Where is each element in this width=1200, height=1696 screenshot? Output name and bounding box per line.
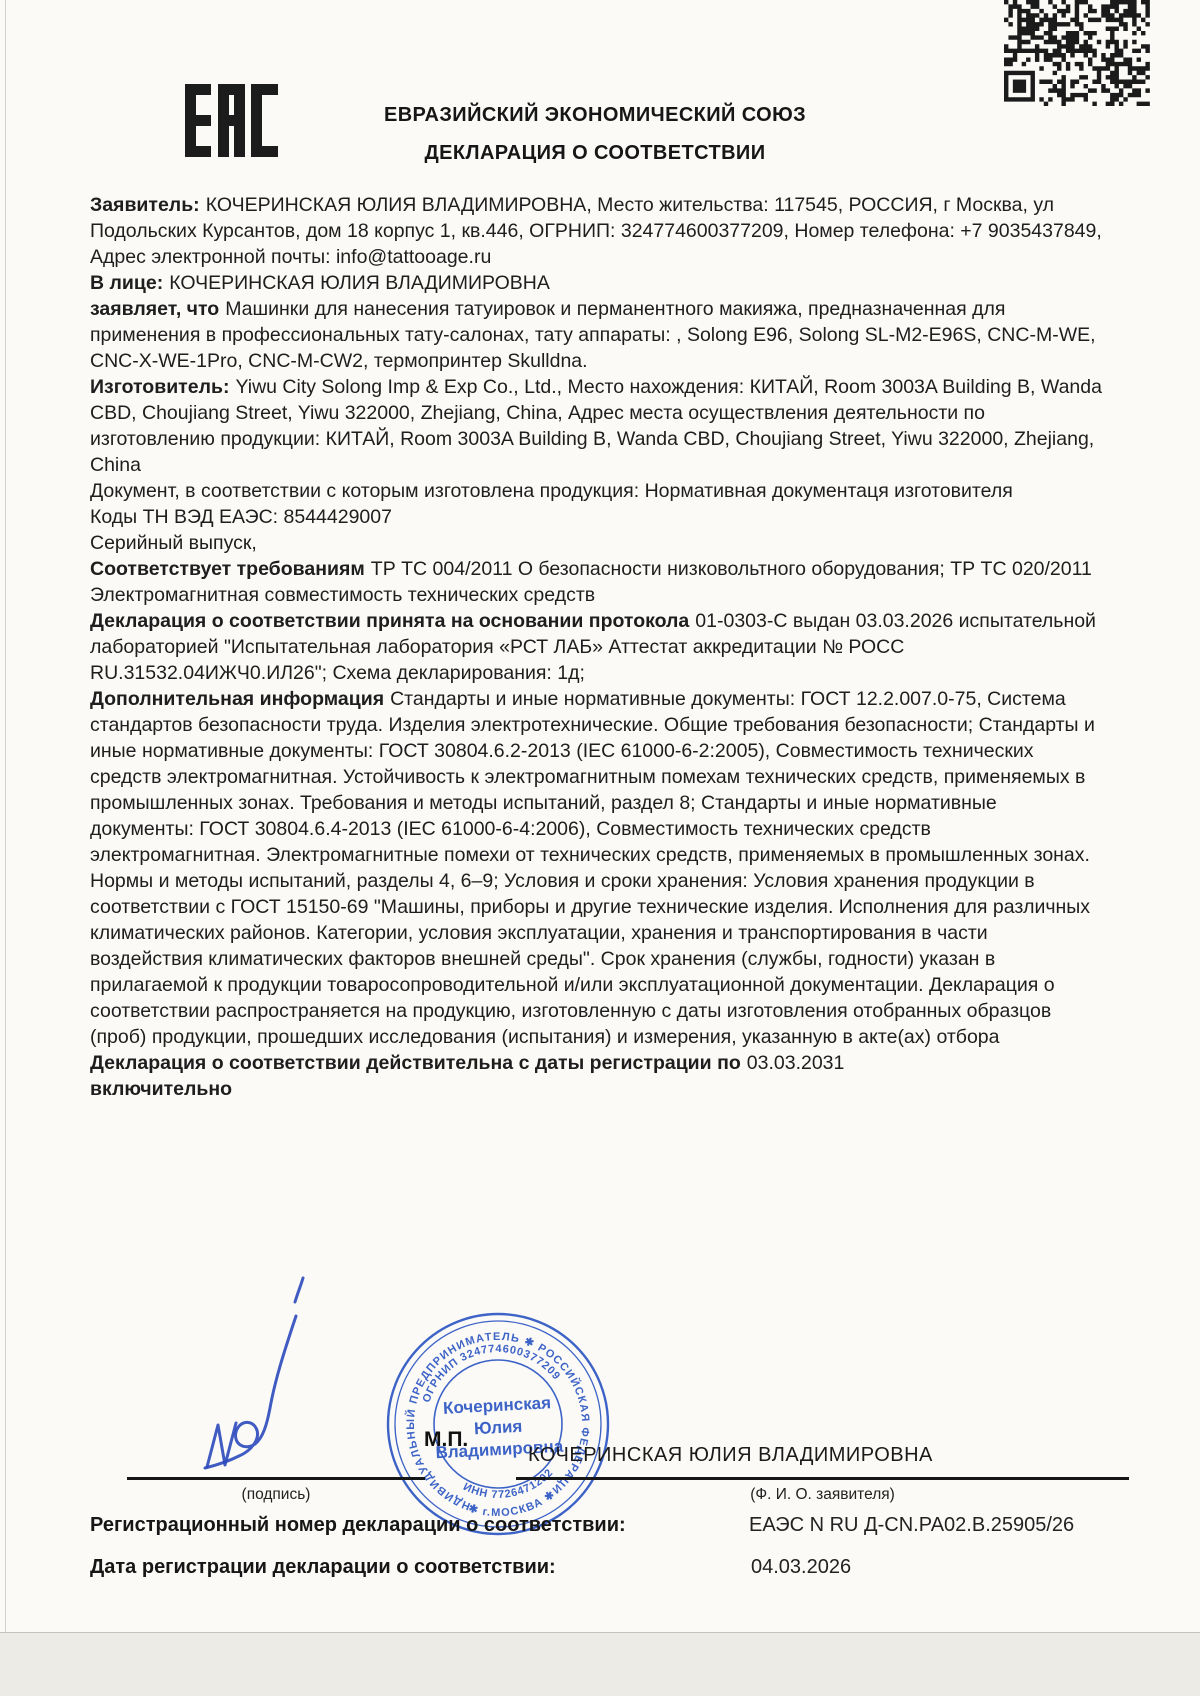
registration-number-value: ЕАЭС N RU Д-CN.РА02.В.25905/26 [749,1514,1074,1537]
paper-left-edge [5,0,6,1632]
validity-paragraph: Декларация о соответствии действительна … [90,1050,1105,1076]
validity-date: 03.03.2031 [747,1052,845,1074]
stamp-center-name-line1: Кочеринская [443,1393,552,1418]
manufacturer-paragraph: Изготовитель:Yiwu City Solong Imp & Exp … [90,374,1105,478]
validity-suffix: включительно [90,1076,1105,1102]
applicant-text: КОЧЕРИНСКАЯ ЮЛИЯ ВЛАДИМИРОВНА, Место жит… [90,194,1102,268]
stamp-center-name-line2: Юлия [474,1417,523,1439]
complies-paragraph: Соответствует требованиямТР ТС 004/2011 … [90,556,1105,608]
manufacturer-label: Изготовитель: [90,376,229,398]
signature-line [127,1477,425,1480]
additional-info-paragraph: Дополнительная информацияСтандарты и ины… [90,686,1105,1050]
scan-background [0,1632,1200,1696]
applicant-paragraph: Заявитель:КОЧЕРИНСКАЯ ЮЛИЯ ВЛАДИМИРОВНА,… [90,192,1105,270]
tnved-code-line: Коды ТН ВЭД ЕАЭС: 8544429007 [90,504,1105,530]
normative-document-line: Документ, в соответствии с которым изгот… [90,478,1105,504]
declares-text: Машинки для нанесения татуировок и перма… [90,298,1096,372]
in-person-label: В лице: [90,272,163,294]
handwritten-signature [185,1272,355,1487]
signature-caption: (подпись) [127,1486,425,1504]
notary-stamp: ИНДИВИДУАЛЬНЫЙ ПРЕДПРИНИМАТЕЛЬ ✱ РОССИЙС… [383,1309,613,1539]
basis-label: Декларация о соответствии принята на осн… [90,610,689,632]
applicant-label: Заявитель: [90,194,200,216]
additional-info-text: Стандарты и иные нормативные документы: … [90,688,1095,1048]
stamp-place-label: М.П. [424,1428,468,1452]
name-line [516,1477,1129,1480]
name-caption: (Ф. И. О. заявителя) [516,1486,1129,1504]
registration-date-label: Дата регистрации декларации о соответств… [90,1556,556,1579]
complies-label: Соответствует требованиям [90,558,365,580]
additional-info-label: Дополнительная информация [90,688,384,710]
in-person-paragraph: В лице:КОЧЕРИНСКАЯ ЮЛИЯ ВЛАДИМИРОВНА [90,270,1105,296]
validity-label: Декларация о соответствии действительна … [90,1052,741,1074]
document-title: ДЕКЛАРАЦИЯ О СООТВЕТСТВИИ [90,142,1100,165]
serial-production-line: Серийный выпуск, [90,530,1105,556]
declares-label: заявляет, что [90,298,219,320]
declares-paragraph: заявляет, чтоМашинки для нанесения татуи… [90,296,1105,374]
qr-code-icon [1004,0,1150,106]
registration-date-value: 04.03.2026 [751,1556,851,1579]
applicant-full-name: КОЧЕРИНСКАЯ ЮЛИЯ ВЛАДИМИРОВНА [528,1444,933,1467]
basis-paragraph: Декларация о соответствии принята на осн… [90,608,1105,686]
document-body: Заявитель:КОЧЕРИНСКАЯ ЮЛИЯ ВЛАДИМИРОВНА,… [90,192,1105,1102]
registration-number-label: Регистрационный номер декларации о соотв… [90,1514,626,1537]
in-person-text: КОЧЕРИНСКАЯ ЮЛИЯ ВЛАДИМИРОВНА [169,272,550,294]
union-title: ЕВРАЗИЙСКИЙ ЭКОНОМИЧЕСКИЙ СОЮЗ [90,104,1100,127]
manufacturer-text: Yiwu City Solong Imp & Exp Co., Ltd., Ме… [90,376,1102,476]
